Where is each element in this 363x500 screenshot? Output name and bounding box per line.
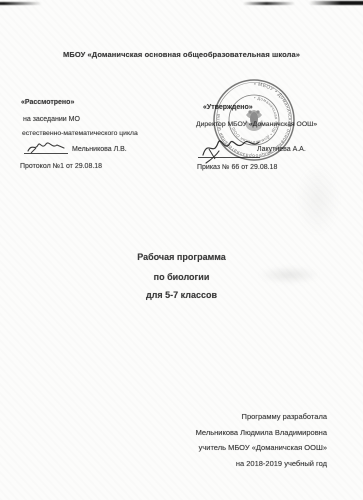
developer-heading: Программу разработала (196, 409, 327, 425)
scan-smudge (296, 165, 340, 235)
program-title-line1: Рабочая программа (0, 252, 363, 262)
scan-streak (243, 2, 295, 5)
scan-streak (309, 1, 363, 5)
reviewer-name: Мельникова Л.В. (72, 146, 127, 153)
reviewed-cycle-line: естественно-математического цикла (22, 130, 138, 137)
scanned-title-page: МБОУ «Доманичская основная общеобразоват… (0, 0, 363, 500)
program-title-line3: для 5-7 классов (0, 290, 363, 300)
developer-block: Программу разработала Мельникова Людмила… (196, 409, 327, 471)
reviewer-signature-icon (26, 139, 68, 160)
program-title-line2: по биологии (0, 272, 363, 282)
school-header: МБОУ «Доманичская основная общеобразоват… (0, 50, 363, 59)
reviewed-mo-line: на заседании МО (23, 116, 80, 123)
scan-streak (0, 2, 44, 5)
stamp-emblem-icon (245, 110, 262, 131)
developer-name: Мельникова Людмила Владимировна (196, 425, 327, 441)
order-line: Приказ № 66 от 29.08.18 (197, 164, 277, 171)
school-year-line: на 2018-2019 учебный год (196, 456, 327, 472)
round-seal-stamp: • МБОУ • Доманичская основная общеобразо… (210, 76, 298, 164)
developer-position: учитель МБОУ «Доманичская ООШ» (196, 440, 327, 456)
reviewed-status-label: «Рассмотрено» (21, 99, 74, 106)
protocol-line: Протокол №1 от 29.08.18 (20, 163, 102, 170)
